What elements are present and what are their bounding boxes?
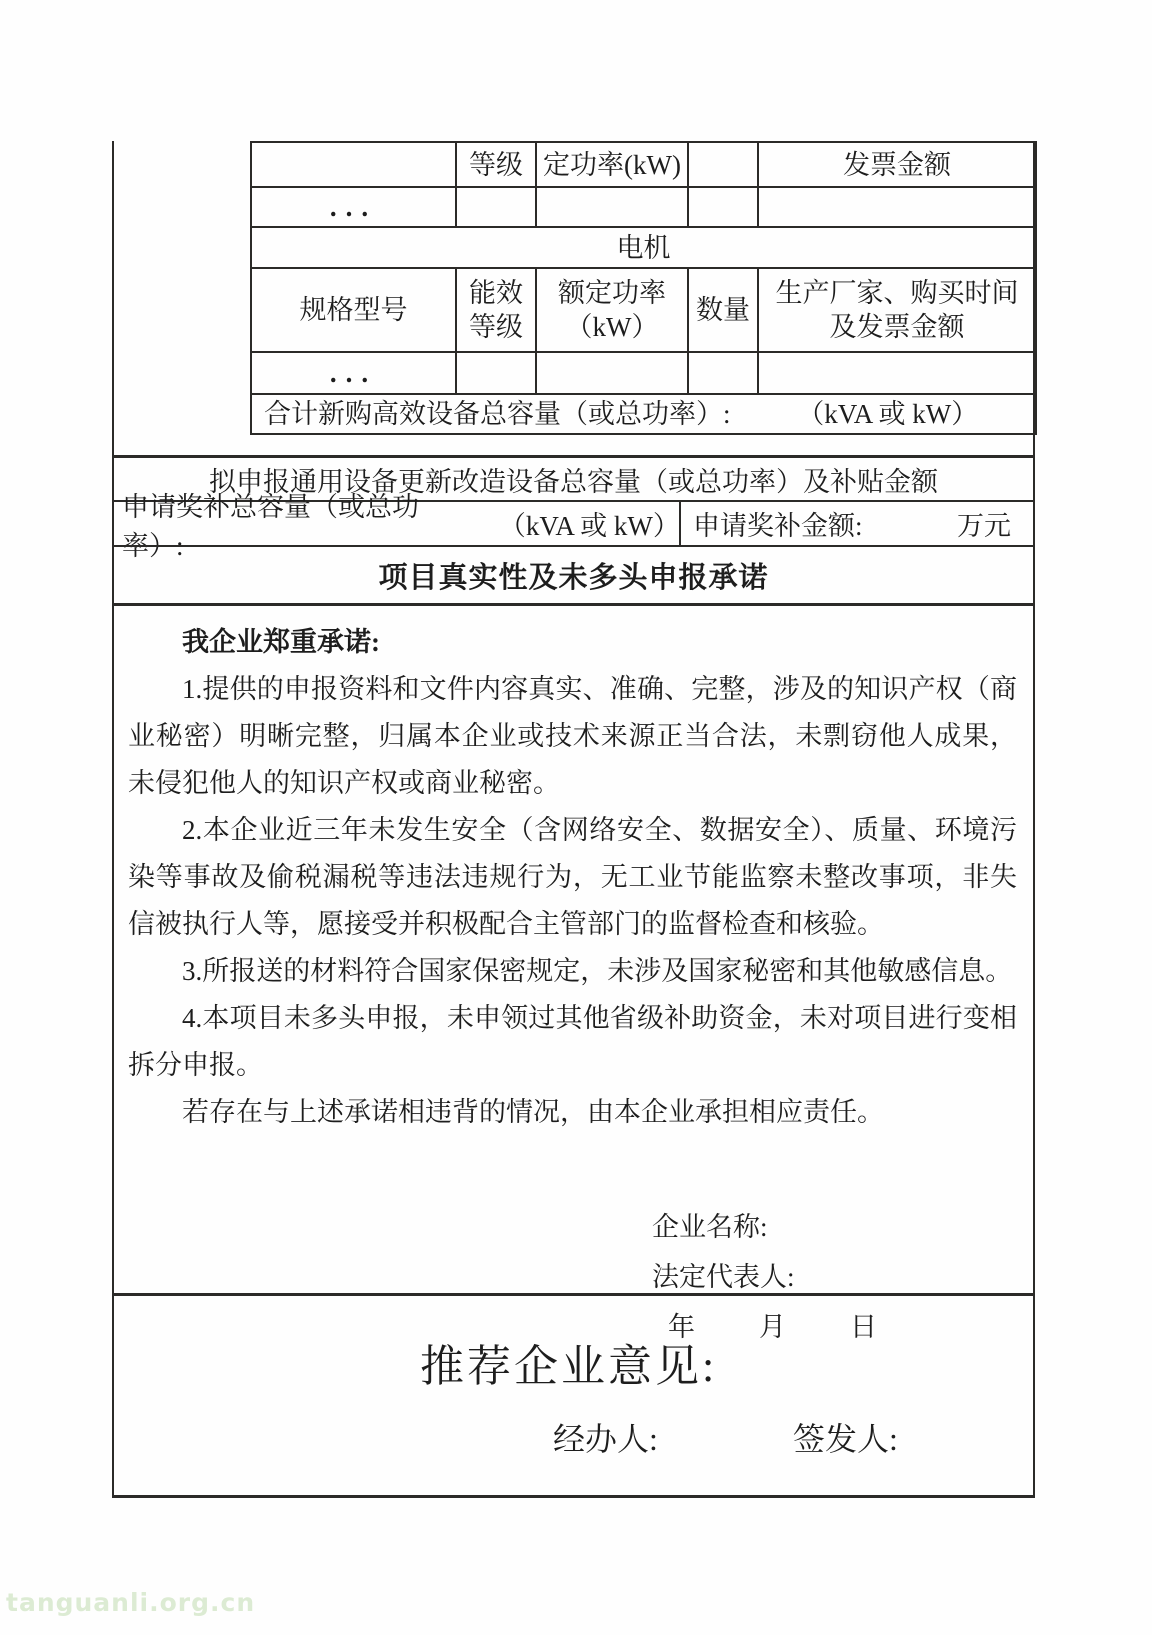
handler-label: 经办人:	[553, 1414, 658, 1460]
award-amount-cell: 申请奖补金额: 万元	[681, 502, 1033, 545]
equipment-table: 等级 定功率(kW) 发票金额 ... 电机 规格型号 能效等级 额定功率（kW…	[250, 141, 1037, 435]
commitment-item-3: 3.所报送的材料符合国家保密规定，未涉及国家秘密和其他敏感信息。	[128, 948, 1017, 995]
header-rated-power-kw: 额定功率（kW）	[536, 268, 688, 352]
header-grade: 等级	[456, 142, 536, 187]
commitment-item-2: 2.本企业近三年未发生安全（含网络安全、数据安全）、质量、环境污染等事故及偷税漏…	[128, 807, 1017, 948]
commitment-title: 项目真实性及未多头申报承诺	[378, 555, 768, 596]
header-manufacturer-invoice: 生产厂家、购买时间及发票金额	[758, 268, 1036, 352]
total-capacity-label: 合计新购高效设备总容量（或总功率）:	[264, 399, 731, 429]
commitment-title-row: 项目真实性及未多头申报承诺	[114, 545, 1033, 603]
scanned-form-page: 等级 定功率(kW) 发票金额 ... 电机 规格型号 能效等级 额定功率（kW…	[0, 0, 1152, 1635]
site-watermark: tanguanli.org.cn	[6, 1588, 255, 1617]
table-row: ...	[251, 352, 1036, 394]
cell-blank	[536, 352, 688, 394]
table-row: ...	[251, 187, 1036, 227]
cell-blank	[758, 187, 1036, 227]
application-form: 等级 定功率(kW) 发票金额 ... 电机 规格型号 能效等级 额定功率（kW…	[112, 141, 1035, 1498]
award-amount-unit: 万元	[957, 504, 1011, 543]
cell-blank	[688, 352, 758, 394]
commitment-item-1: 1.提供的申报资料和文件内容真实、准确、完整，涉及的知识产权（商业秘密）明晰完整…	[128, 666, 1017, 807]
cell-blank	[456, 187, 536, 227]
table-row: 规格型号 能效等级 额定功率（kW） 数量 生产厂家、购买时间及发票金额	[251, 268, 1036, 352]
header-rated-power: 定功率(kW)	[536, 142, 688, 187]
section-header-motor: 电机	[251, 227, 1036, 268]
ellipsis-row-marker: ...	[251, 352, 456, 394]
table-row: 合计新购高效设备总容量（或总功率）: （kVA 或 kW）	[251, 394, 1036, 434]
total-capacity-unit: （kVA 或 kW）	[797, 399, 978, 429]
award-capacity-cell: 申请奖补总容量（或总功率）: （kVA 或 kW）	[114, 502, 681, 545]
award-amount-label: 申请奖补金额:	[693, 504, 863, 543]
header-quantity: 数量	[688, 268, 758, 352]
header-model: 规格型号	[251, 268, 456, 352]
cell-blank	[456, 352, 536, 394]
recommendation-title: 推荐企业意见:	[420, 1330, 717, 1394]
award-capacity-unit: （kVA 或 kW）	[499, 504, 679, 543]
cell-blank	[758, 352, 1036, 394]
table-row: 电机	[251, 227, 1036, 268]
company-name-label: 企业名称:	[652, 1202, 1017, 1252]
recommendation-section: 推荐企业意见: 经办人: 签发人:	[114, 1293, 1033, 1495]
ellipsis-row-marker: ...	[251, 187, 456, 227]
cell-blank	[536, 187, 688, 227]
recommendation-sign-row: 经办人: 签发人:	[114, 1414, 1033, 1458]
commitment-body: 我企业郑重承诺: 1.提供的申报资料和文件内容真实、准确、完整，涉及的知识产权（…	[114, 603, 1033, 1293]
table-row: 等级 定功率(kW) 发票金额	[251, 142, 1036, 187]
cell-blank	[251, 142, 456, 187]
commitment-tail: 若存在与上述承诺相违背的情况，由本企业承担相应责任。	[128, 1089, 1017, 1136]
commitment-item-4: 4.本项目未多头申报，未申领过其他省级补助资金，未对项目进行变相拆分申报。	[128, 995, 1017, 1089]
cell-blank	[688, 187, 758, 227]
header-invoice-amount: 发票金额	[758, 142, 1036, 187]
header-efficiency-grade: 能效等级	[456, 268, 536, 352]
cell-blank	[688, 142, 758, 187]
issuer-label: 签发人:	[793, 1414, 898, 1460]
total-capacity-row: 合计新购高效设备总容量（或总功率）: （kVA 或 kW）	[251, 394, 1036, 434]
commitment-intro: 我企业郑重承诺:	[128, 619, 1017, 666]
award-row: 申请奖补总容量（或总功率）: （kVA 或 kW） 申请奖补金额: 万元	[114, 500, 1033, 545]
